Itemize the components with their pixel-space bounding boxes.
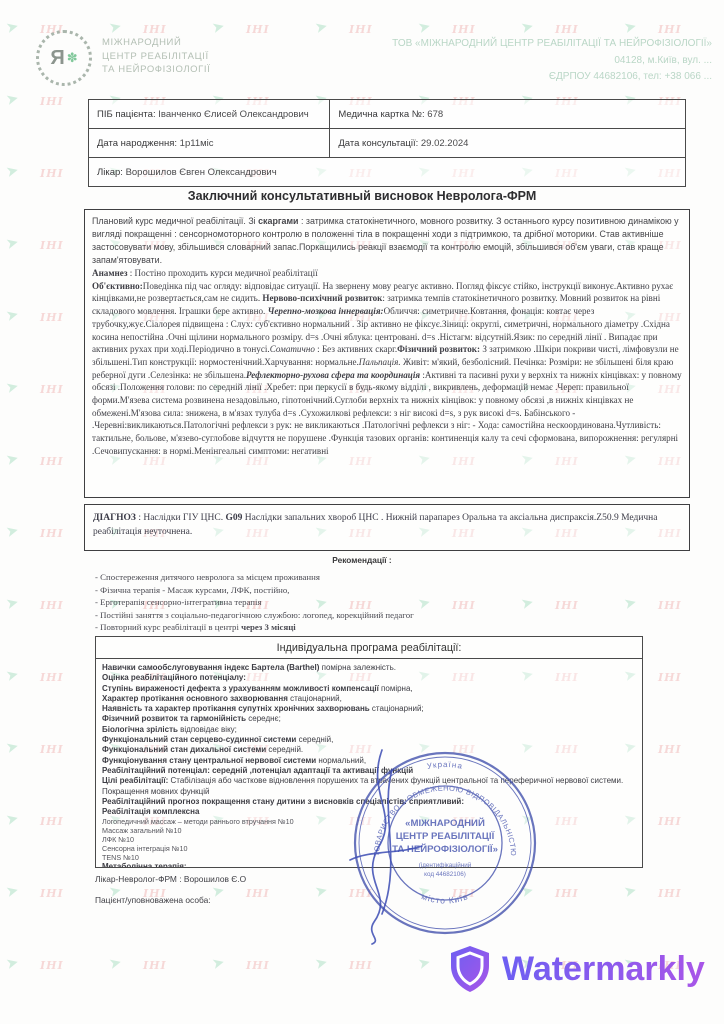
text-run: Черепно-мозкова іннервація: [268,306,384,316]
watermarkly-label: Watermarkly [502,950,705,988]
program-line: Фізичний розвиток та гармонійність серед… [102,714,636,724]
text-run: помірна залежність. [319,663,396,672]
text-run: Фізичний розвиток та гармонійність [102,714,246,723]
clinic-name-block: МІЖНАРОДНИЙ ЦЕНТР РЕАБІЛІТАЦІЇ ТА НЕЙРОФ… [102,36,210,77]
diagnosis-box: ДІАГНОЗ : Наслідки ГІУ ЦНС. G09 Наслідки… [84,504,690,551]
stamp-id-line: код 44682106) [424,871,466,878]
program-line: Наявність та характер протікання супутні… [102,704,636,714]
patient-name-value: Іванченко Єлисей Олександрович [158,109,309,120]
text-run: стаціонарний, [288,694,342,703]
company-contacts: ЄДРПОУ 44682106, тел: +38 066 ... [392,69,712,86]
text-run: стаціонарний; [370,704,424,713]
medical-card-value: 678 [427,109,443,120]
company-address: 04128, м.Київ, вул. ... [392,53,712,70]
birth-date-cell: Дата народження: 1р11міс [89,129,330,157]
medical-card-label: Медична картка №: [338,109,424,120]
text-run: Характер протікання основного захворюван… [102,694,288,703]
stamp-country: Україна [426,760,464,771]
text-run: G09 [225,513,242,523]
text-run: Реабілітація комплексна [102,807,199,816]
program-line: Біологічна зрілість відповідає віку; [102,725,636,735]
company-name: ТОВ «МІЖНАРОДНИЙ ЦЕНТР РЕАБІЛІТАЦІЇ ТА Н… [392,36,712,53]
text-run: Пальпація. [359,357,401,367]
text-run: Функціонування стану центральної нервово… [102,756,316,765]
consultation-date-value: 29.02.2024 [421,138,469,149]
text-run: Соматично [270,344,315,354]
text-run: Массаж загальний №10 [102,826,181,835]
clinic-logo: Я ✽ МІЖНАРОДНИЙ ЦЕНТР РЕАБІЛІТАЦІЇ ТА НЕ… [34,28,264,92]
text-run: TENS №10 [102,853,139,862]
patient-name-label: ПІБ пацієнта: [97,109,156,120]
consultation-date-label: Дата консультації: [338,138,418,149]
doctor-label: Лікар: [97,167,123,178]
text-run: Об'єктивно: [92,281,143,291]
birth-date-value: 1р11міс [180,138,214,149]
text-run: через 3 місяці [241,622,296,632]
text-run: :Активні та пасивні рухи у верхніх та ни… [92,370,682,456]
text-run: : Без активних скарг. [315,344,397,354]
text-run: Цілі реабілітації: [102,776,168,785]
patient-signature-line: Пацієнт/уповноважена особа: [95,895,211,905]
text-run: - Повторний курс реабілітації в центрі [95,622,241,632]
text-run: Сенсорна інтеграція №10 [102,844,188,853]
text-run: Навички самообслуговування індекс Бартел… [102,663,319,672]
clinical-findings-box: Плановий курс медичної реабілітації. Зі … [84,209,690,498]
text-run: Метаболічна терапія: [102,862,187,868]
recommendation-item: - Спостереження дитячого невролога за мі… [95,571,655,584]
text-run: Біологічна зрілість [102,725,178,734]
brain-icon: ✽ [67,50,78,66]
clinic-logo-ring: Я ✽ [36,30,92,86]
text-run: середній, [296,735,333,744]
watermarkly-wordmark: Watermarkly [502,946,717,992]
text-run: скаргами [258,216,298,226]
text-run: Функціональний стан дихальної системи [102,745,266,754]
anamnesis-paragraph: Анамнез : Постіно проходить курси медичн… [92,267,682,280]
text-run: : Постіно проходить курси медичної реабі… [127,268,317,278]
text-run: Наявність та характер протікання супутні… [102,704,370,713]
recommendations-list: - Спостереження дитячого невролога за мі… [95,571,655,634]
doctor-value: Ворошилов Євген Олександрович [126,167,277,178]
text-run: середнє; [246,714,281,723]
patient-info-table: ПІБ пацієнта: Іванченко Єлисей Олександр… [88,99,686,187]
program-line: Оцінка реабілітаційного потенціалу: [102,673,636,683]
complaints-paragraph: Плановий курс медичної реабілітації. Зі … [92,215,682,267]
clinic-logo-monogram: Я [50,47,64,70]
recommendation-item: - Фізична терапія - Масаж курсами, ЛФК, … [95,584,655,597]
text-run: Ступінь вираженості дефекта з урахування… [102,684,379,693]
doctor-signature-line: Лікар-Невролог-ФРМ : Ворошилов Є.О [95,874,246,884]
medical-card-cell: Медична картка №: 678 [330,100,451,128]
recommendations-title: Рекомендації : [0,555,724,565]
text-run: Рефлекторно-рухова сфера та координація [246,370,420,380]
table-row: Дата народження: 1р11міс Дата консультац… [89,128,685,157]
consultation-date-cell: Дата консультації: 29.02.2024 [330,129,476,157]
program-line: Характер протікання основного захворюван… [102,694,636,704]
birth-date-label: Дата народження: [97,138,177,149]
shield-icon [447,944,493,994]
text-run: Плановий курс медичної реабілітації. Зі [92,216,258,226]
watermarkly-badge: Watermarkly [447,944,717,994]
clinic-name-line: ЦЕНТР РЕАБІЛІТАЦІЇ [102,50,210,64]
rehabilitation-program-header: Індивідуальна програма реабілітації: [96,637,642,659]
text-run: Анамнез [92,268,127,278]
doctor-cell: Лікар: Ворошилов Євген Олександрович [89,158,685,186]
patient-name-cell: ПІБ пацієнта: Іванченко Єлисей Олександр… [89,100,330,128]
text-run: Функціональний стан серцево-судинної сис… [102,735,296,744]
text-run: середній. [266,745,303,754]
program-line: Навички самообслуговування індекс Бартел… [102,663,636,673]
page-title: Заключний консультативный висновок Невро… [0,189,724,203]
document-page: ➤ ІНІ Я ✽ МІЖНАРОДНИЙ ЦЕНТР РЕАБІЛІТАЦІЇ… [0,0,724,1024]
objective-paragraph: Об'єктивно:Поведінка під час огляду: від… [92,280,682,458]
text-run: ЛФК №10 [102,835,134,844]
text-run: ДІАГНОЗ [93,513,136,523]
text-run: помірна, [379,684,413,693]
table-row: ПІБ пацієнта: Іванченко Єлисей Олександр… [89,100,685,128]
text-run: відповідає віку; [178,725,237,734]
table-row: Лікар: Ворошилов Євген Олександрович [89,157,685,186]
text-run: Оцінка реабілітаційного потенціалу: [102,673,246,682]
clinic-name-line: МІЖНАРОДНИЙ [102,36,210,50]
program-line: Ступінь вираженості дефекта з урахування… [102,684,636,694]
text-run: : Наслідки ГІУ ЦНС. [136,513,226,523]
recommendation-item: - Постійні заняття з соціально-педагогіч… [95,609,655,622]
text-run: Нервово-психічний розвиток [262,293,382,303]
recommendation-item: - Ерготерапія сенсорно-інтегративна тера… [95,596,655,609]
text-run: Логопедичний массаж – методи раннього вт… [102,817,294,826]
company-details: ТОВ «МІЖНАРОДНИЙ ЦЕНТР РЕАБІЛІТАЦІЇ ТА Н… [392,36,712,86]
handwritten-signature [330,742,430,947]
text-run: Фізичний розвиток: [397,344,480,354]
recommendation-item: - Повторний курс реабілітації в центрі ч… [95,621,655,634]
clinic-name-line: ТА НЕЙРОФІЗІОЛОГІЇ [102,63,210,77]
